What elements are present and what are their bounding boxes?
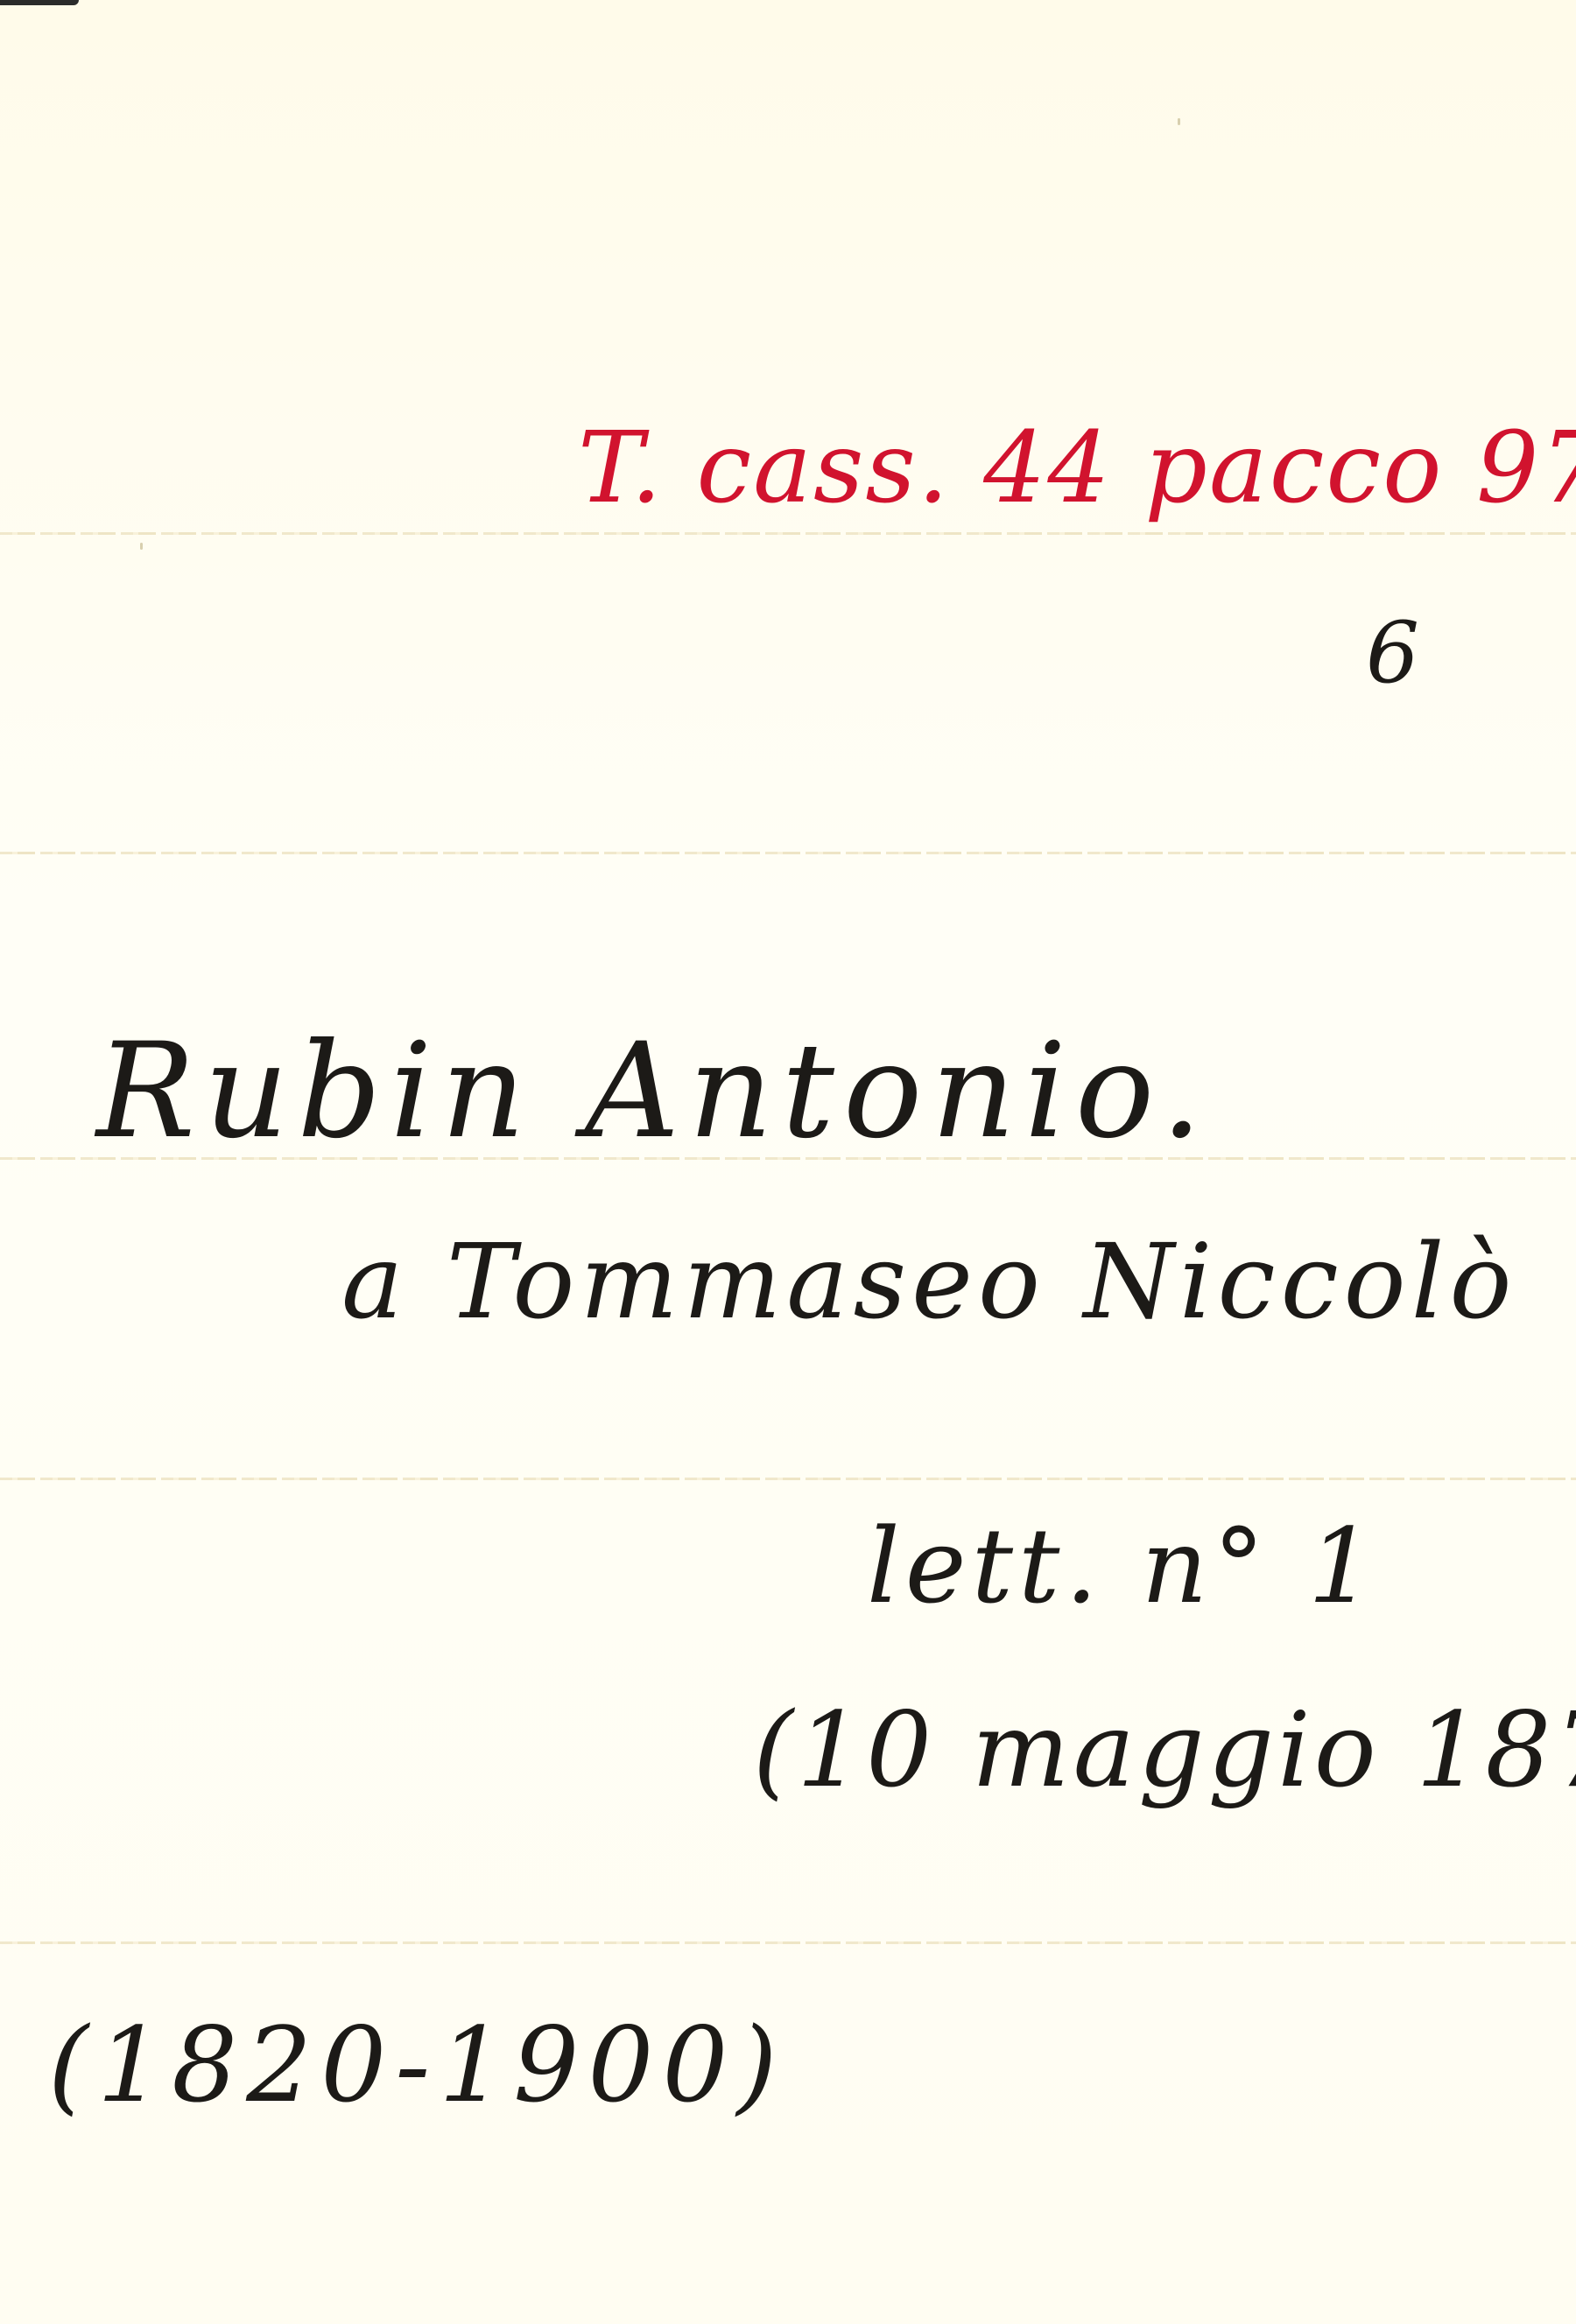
life-dates: (1820-1900) <box>48 2005 786 2125</box>
index-card: T. cass. 44 pacco 97. 6 Rubin Antonio. a… <box>0 0 1576 2324</box>
ruled-line <box>0 852 1576 854</box>
paper-speck <box>1178 118 1180 125</box>
shelfmark-text: T. cass. 44 pacco 97. <box>578 411 1576 525</box>
ruled-line <box>0 532 1576 535</box>
scan-edge-mark <box>0 0 79 5</box>
letter-count: lett. n° 1 <box>867 1506 1379 1626</box>
item-number: 6 <box>1366 604 1421 702</box>
author-name: Rubin Antonio. <box>96 1015 1211 1168</box>
letter-date: (10 maggio 1873) <box>753 1689 1576 1810</box>
ruled-line <box>0 1941 1576 1944</box>
ruled-line <box>0 1478 1576 1480</box>
paper-speck <box>140 543 143 550</box>
recipient-name: a Tommaseo Niccolò <box>341 1221 1517 1342</box>
